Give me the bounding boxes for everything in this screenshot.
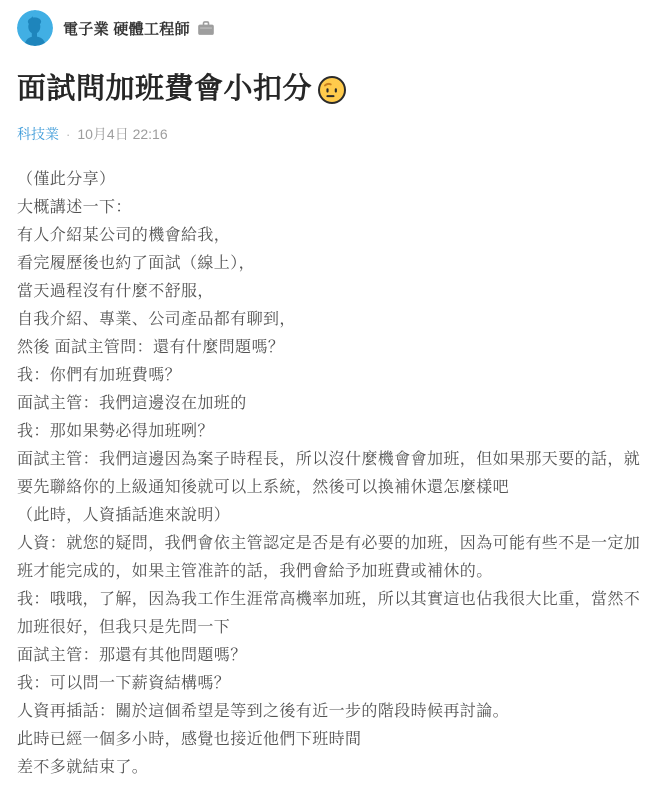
category-link[interactable]: 科技業 bbox=[17, 124, 59, 144]
timestamp: 10月4日 22:16 bbox=[77, 124, 167, 144]
post-paragraph: 有人介紹某公司的機會給我， bbox=[17, 222, 647, 250]
post-paragraph: 然後 面試主管問：還有什麼問題嗎？ bbox=[17, 334, 647, 362]
post-paragraph: 大概講述一下： bbox=[17, 194, 647, 222]
briefcase-icon bbox=[197, 20, 215, 36]
post-page: 電子業 硬體工程師 面試問加班費會小扣分 科技業 · 10月4日 22:16 （… bbox=[0, 0, 664, 792]
post-paragraph: 我：那如果勢必得加班咧？ bbox=[17, 418, 647, 446]
post-paragraph: 看完履歷後也約了面試（線上）， bbox=[17, 250, 647, 278]
post-body: （僅此分享）大概講述一下：有人介紹某公司的機會給我，看完履歷後也約了面試（線上）… bbox=[17, 166, 647, 782]
post-paragraph: 面試主管：那還有其他問題嗎？ bbox=[17, 642, 647, 670]
post-paragraph: 差不多就結束了。 bbox=[17, 754, 647, 782]
post-paragraph: 面試主管：我們這邊沒在加班的 bbox=[17, 390, 647, 418]
post-paragraph: 自我介紹、專業、公司產品都有聊到， bbox=[17, 306, 647, 334]
post-paragraph: 人資再插話：關於這個希望是等到之後有近一步的階段時候再討論。 bbox=[17, 698, 647, 726]
post-paragraph: （僅此分享） bbox=[17, 166, 647, 194]
post-title-text: 面試問加班費會小扣分 bbox=[17, 70, 312, 108]
post-paragraph: 我：哦哦，了解，因為我工作生涯常高機率加班，所以其實這也佔我很大比重，當然不加班… bbox=[17, 586, 647, 642]
avatar bbox=[17, 10, 53, 46]
post-paragraph: 面試主管：我們這邊因為案子時程長，所以沒什麼機會會加班，但如果那天要的話，就要先… bbox=[17, 446, 647, 502]
post-paragraph: 當天過程沒有什麼不舒服， bbox=[17, 278, 647, 306]
face-with-raised-eyebrow-emoji-icon bbox=[317, 75, 347, 105]
author-header: 電子業 硬體工程師 bbox=[17, 10, 647, 46]
post-title: 面試問加班費會小扣分 bbox=[17, 70, 647, 108]
author-name: 電子業 硬體工程師 bbox=[63, 18, 190, 39]
post-paragraph: 我：可以問一下薪資結構嗎？ bbox=[17, 670, 647, 698]
post-paragraph: 人資：就您的疑問，我們會依主管認定是否是有必要的加班，因為可能有些不是一定加班才… bbox=[17, 530, 647, 586]
post-paragraph: 我：你們有加班費嗎？ bbox=[17, 362, 647, 390]
meta-separator: · bbox=[66, 127, 70, 142]
post-paragraph: 此時已經一個多小時，感覺也接近他們下班時間 bbox=[17, 726, 647, 754]
post-meta: 科技業 · 10月4日 22:16 bbox=[17, 124, 647, 144]
post-paragraph: （此時，人資插話進來說明） bbox=[17, 502, 647, 530]
